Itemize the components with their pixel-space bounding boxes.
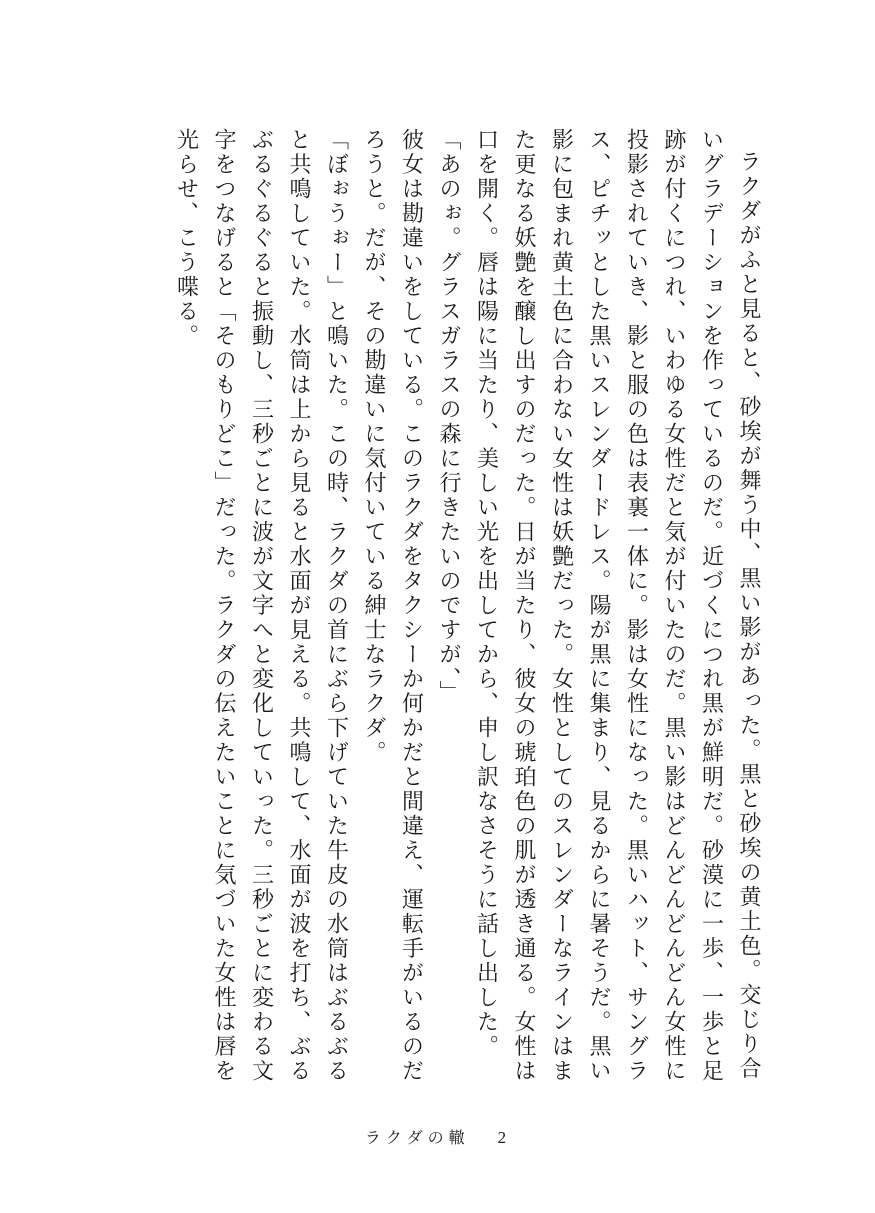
paragraph-narrative-1: ラクダがふと見ると、砂埃が舞う中、黒い影があった。黒と砂埃の黄土色。交じり合いグ…	[467, 128, 767, 1093]
page-footer: ラクダの轍2	[0, 1125, 875, 1148]
paragraph-narrative-2: 彼女は勘違いをしている。このラクダをタクシーか何かだと間違え、運転手がいるのだろ…	[355, 128, 430, 1093]
footer-title: ラクダの轍	[365, 1128, 470, 1147]
vertical-body-text: ラクダがふと見ると、砂埃が舞う中、黒い影があった。黒と砂埃の黄土色。交じり合いグ…	[167, 128, 767, 1093]
paragraph-dialogue-woman: 「あのぉ。グラスガラスの森に行きたいのですが、」	[430, 128, 468, 1093]
paragraph-narrative-3: 「ぼぉうぉー」と鳴いた。この時、ラクダの首にぶら下げていた牛皮の水筒はぶるぶると…	[167, 128, 355, 1093]
document-page: ラクダがふと見ると、砂埃が舞う中、黒い影があった。黒と砂埃の黄土色。交じり合いグ…	[0, 0, 875, 1213]
page-number: 2	[498, 1128, 511, 1147]
